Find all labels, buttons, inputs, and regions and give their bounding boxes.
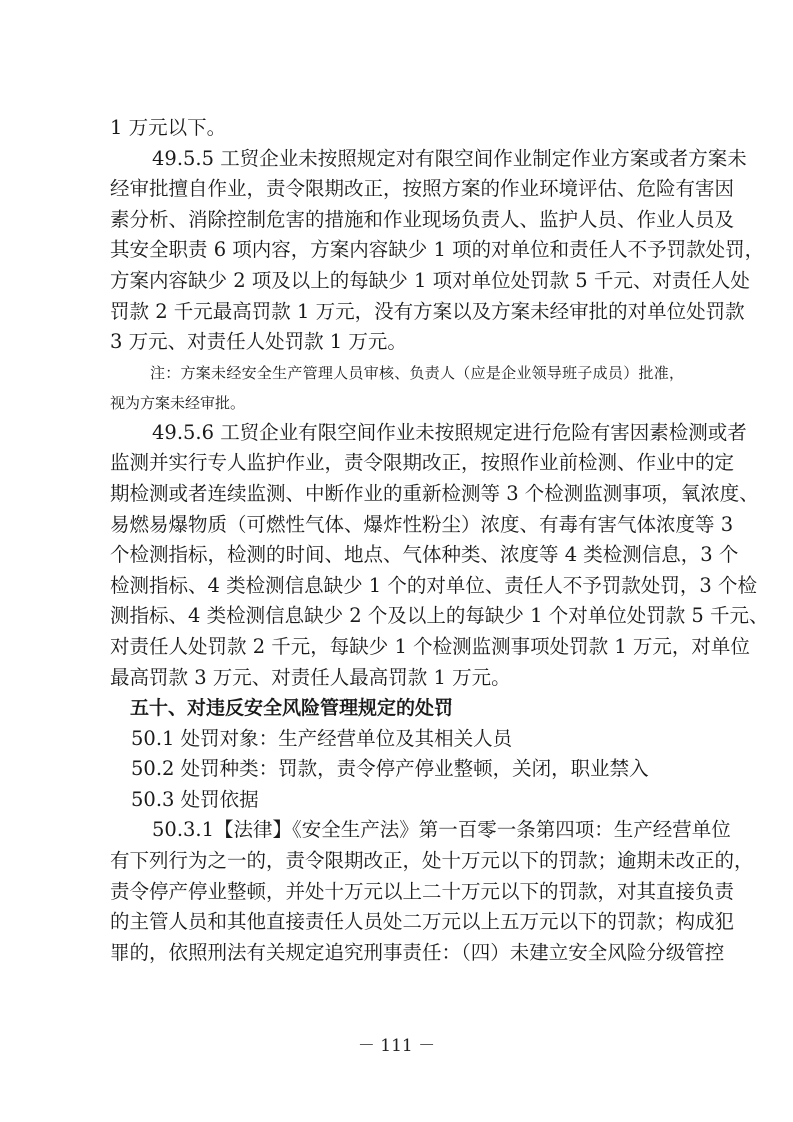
text-line: 罪的，依照刑法有关规定追究刑事责任：（四）未建立安全风险分级管控 <box>110 938 684 969</box>
section-heading: 五十、对违反安全风险管理规定的处罚 <box>110 693 684 724</box>
text-line: 素分析、消除控制危害的措施和作业现场负责人、监护人员、作业人员及 <box>110 205 684 236</box>
text-line: 方案内容缺少 2 项及以上的每缺少 1 项对单位处罚款 5 千元、对责任人处 <box>110 266 684 297</box>
note-line: 视为方案未经审批。 <box>110 388 684 418</box>
paragraph-50-3-1-start: 50.3.1【法律】《安全生产法》第一百零一条第四项：生产经营单位 <box>110 815 684 846</box>
text-line: 3 万元、对责任人处罚款 1 万元。 <box>110 327 684 358</box>
subsection-50-2: 50.2 处罚种类：罚款，责令停产停业整顿，关闭，职业禁入 <box>110 754 684 785</box>
text-line: 测指标、4 类检测信息缺少 2 个及以上的每缺少 1 个对单位处罚款 5 千元、 <box>110 601 684 632</box>
subsection-50-1: 50.1 处罚对象：生产经营单位及其相关人员 <box>110 724 684 755</box>
text-line: 有下列行为之一的，责令限期改正，处十万元以下的罚款；逾期未改正的， <box>110 846 684 877</box>
text-line: 最高罚款 3 万元、对责任人最高罚款 1 万元。 <box>110 663 684 694</box>
paragraph-49-5-5-start: 49.5.5 工贸企业未按照规定对有限空间作业制定作业方案或者方案未 <box>110 144 684 175</box>
text-line: 的主管人员和其他直接责任人员处二万元以上五万元以下的罚款；构成犯 <box>110 907 684 938</box>
text-line: 责令停产停业整顿，并处十万元以上二十万元以下的罚款，对其直接负责 <box>110 877 684 908</box>
text-line: 检测指标、4 类检测信息缺少 1 个的对单位、责任人不予罚款处罚，3 个检 <box>110 571 684 602</box>
text-line: 罚款 2 千元最高罚款 1 万元，没有方案以及方案未经审批的对单位处罚款 <box>110 297 684 328</box>
text-line: 个检测指标，检测的时间、地点、气体种类、浓度等 4 类检测信息，3 个 <box>110 540 684 571</box>
text-line: 经审批擅自作业，责令限期改正，按照方案的作业环境评估、危险有害因 <box>110 174 684 205</box>
paragraph-49-5-6-start: 49.5.6 工贸企业有限空间作业未按照规定进行危险有害因素检测或者 <box>110 418 684 449</box>
text-line: 期检测或者连续监测、中断作业的重新检测等 3 个检测监测事项，氧浓度、 <box>110 479 684 510</box>
text-line: 对责任人处罚款 2 千元，每缺少 1 个检测监测事项处罚款 1 万元，对单位 <box>110 632 684 663</box>
text-line: 1 万元以下。 <box>110 113 684 144</box>
text-line: 监测并实行专人监护作业，责令限期改正，按照作业前检测、作业中的定 <box>110 448 684 479</box>
text-line: 其安全职责 6 项内容，方案内容缺少 1 项的对单位和责任人不予罚款处罚， <box>110 235 684 266</box>
subsection-50-3: 50.3 处罚依据 <box>110 785 684 816</box>
note-line: 注：方案未经安全生产管理人员审核、负责人（应是企业领导班子成员）批准， <box>110 358 684 388</box>
text-line: 易燃易爆物质（可燃性气体、爆炸性粉尘）浓度、有毒有害气体浓度等 3 <box>110 510 684 541</box>
page-number: － 111 － <box>0 1031 793 1056</box>
document-page: 1 万元以下。 49.5.5 工贸企业未按照规定对有限空间作业制定作业方案或者方… <box>110 113 684 968</box>
